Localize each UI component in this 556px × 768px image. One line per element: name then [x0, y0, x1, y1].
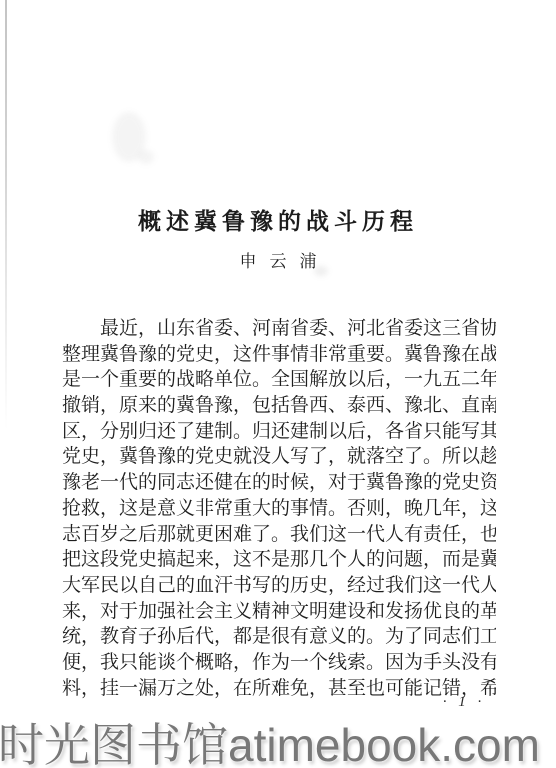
body-line: 料，挂一漏万之处，在所难免，甚至也可能记错，希望同志 — [62, 676, 496, 702]
author-name: 申云浦 — [0, 247, 556, 272]
watermark-text: 时光图书馆atimebook.com — [0, 709, 556, 768]
page-title: 概述冀鲁豫的战斗历程 — [0, 203, 556, 236]
body-line: 撤销，原来的冀鲁豫，包括鲁西、泰西、豫北、直南，和湖西等地 — [62, 393, 496, 419]
body-line: 是一个重要的战略单位。全国解放以后，一九五二年平原省 — [62, 367, 496, 393]
body-line: 抢救，这是意义非常重大的事情。否则，晚几年，这些老同 — [62, 496, 496, 522]
body-line: 区，分别归还了建制。归还建制以后，各省只能写其本省的 — [62, 419, 496, 445]
scan-smudge — [138, 150, 154, 164]
body-line: 把这段党史搞起来，这不是那几个人的问题，而是冀鲁豫广 — [62, 547, 496, 573]
body-line: 最近，山东省委、河南省委、河北省委这三省协商，下决心 — [62, 316, 496, 342]
body-line: 志百岁之后那就更困难了。我们这一代人有责任，也有义务 — [62, 522, 496, 548]
body-text: 最近，山东省委、河南省委、河北省委这三省协商，下决心 整理冀鲁豫的党史，这件事情… — [62, 316, 496, 701]
body-line: 统，教育子孙后代，都是很有意义的。为了同志们工作的方 — [62, 624, 496, 650]
body-line: 来，对于加强社会主义精神文明建设和发扬优良的革命传 — [62, 599, 496, 625]
body-line: 党史，冀鲁豫的党史就没人写了，就落空了。所以趁着冀鲁 — [62, 444, 496, 470]
body-line: 豫老一代的同志还健在的时候，对于冀鲁豫的党史资料进行 — [62, 470, 496, 496]
page-number: · 1 · — [434, 694, 494, 711]
body-line: 整理冀鲁豫的党史，这件事情非常重要。冀鲁豫在战争年代 — [62, 342, 496, 368]
body-line: 大军民以自己的血汗书写的历史，经过我们这一代人整理起 — [62, 573, 496, 599]
body-line: 便，我只能谈个概略，作为一个线索。因为手头没有历史资 — [62, 650, 496, 676]
